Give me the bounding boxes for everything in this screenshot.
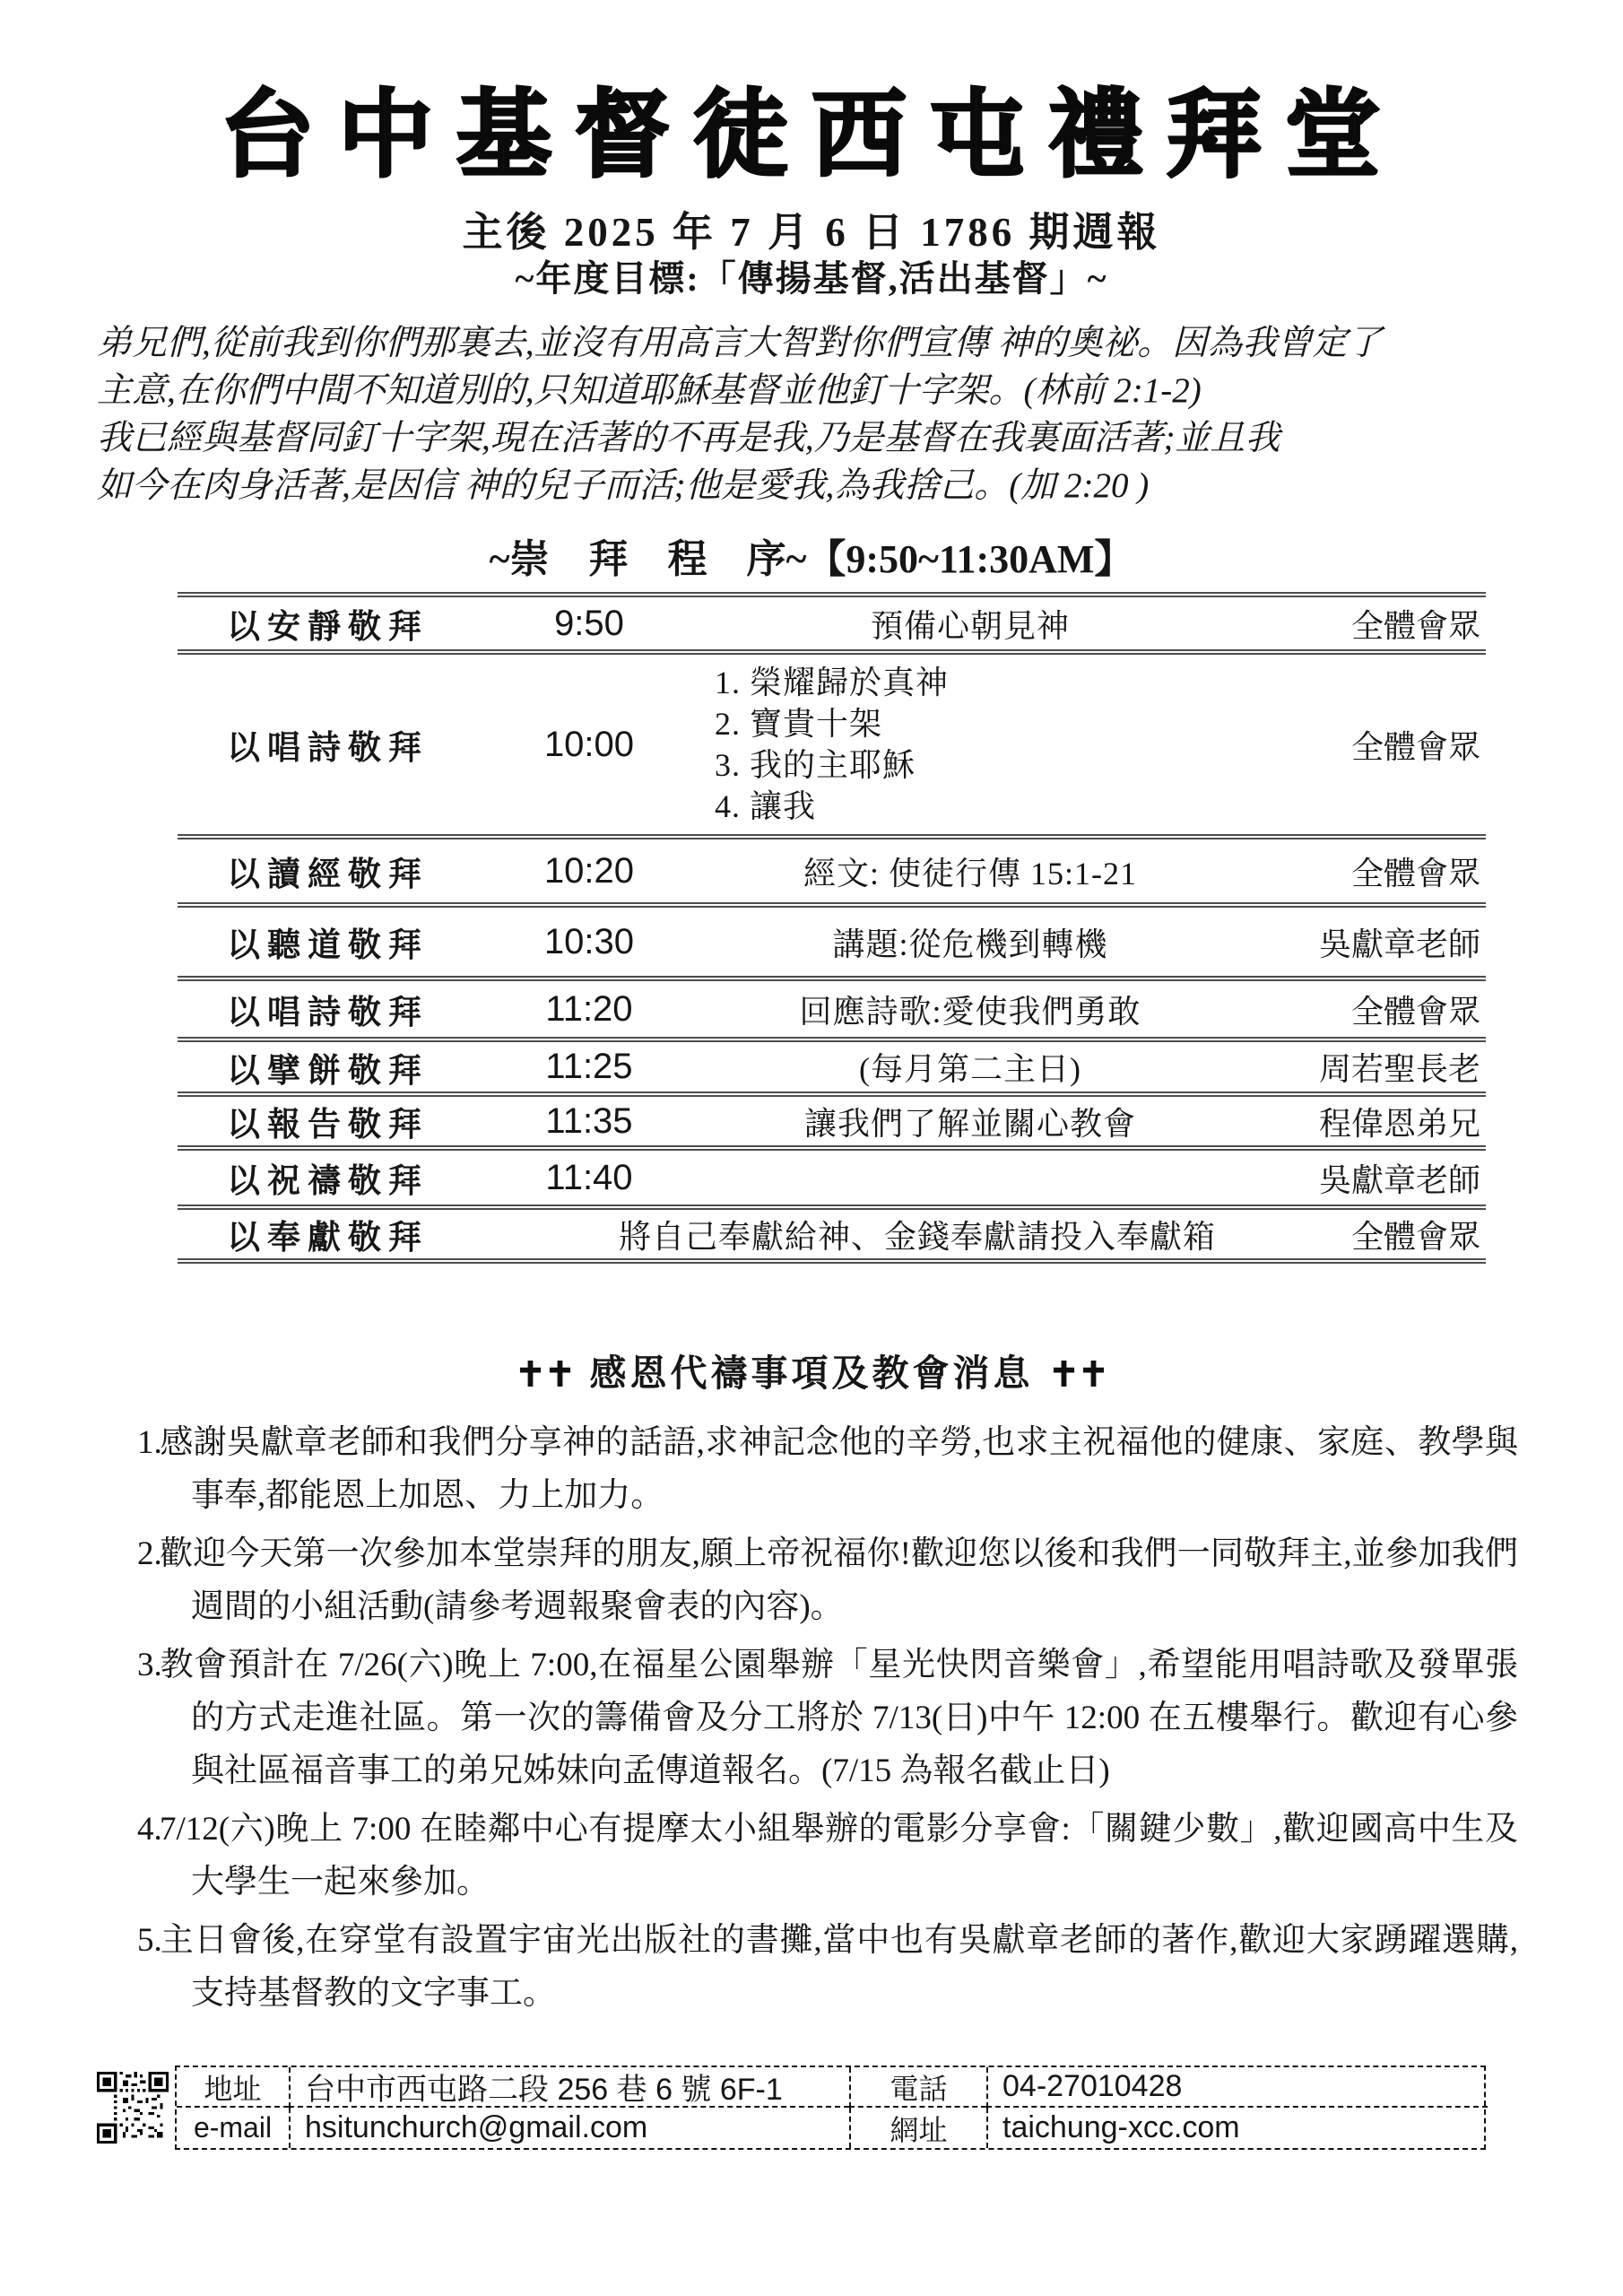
worship-item-name: 以擘餅敬拜 — [178, 1043, 536, 1091]
worship-item-time: 11:25 — [536, 1047, 642, 1087]
song-item: 2. 寶貴十架 — [715, 703, 1298, 744]
worship-item-name: 以安靜敬拜 — [178, 599, 536, 648]
table-row: 以讀經敬拜 10:20 經文: 使徒行傳 15:1-21 全體會眾 — [178, 839, 1486, 908]
cross-icon — [548, 1357, 572, 1390]
worship-item-content: 讓我們了解並關心教會 — [642, 1099, 1298, 1144]
worship-item-person: 吳獻章老師 — [1298, 919, 1486, 965]
worship-item-person: 周若聖長老 — [1298, 1044, 1486, 1090]
worship-item-name: 以唱詩敬拜 — [178, 985, 536, 1033]
worship-item-name: 以祝禱敬拜 — [178, 1153, 536, 1202]
song-item: 4. 讓我 — [715, 786, 1298, 827]
worship-item-time: 11:35 — [536, 1101, 642, 1142]
table-row: 以唱詩敬拜 11:20 回應詩歌:愛使我們勇敢 全體會眾 — [178, 981, 1486, 1042]
table-row: 以奉獻敬拜 將自己奉獻給神、金錢奉獻請投入奉獻箱 全體會眾 — [178, 1210, 1486, 1264]
phone-label: 電話 — [849, 2067, 986, 2108]
email-label: e-mail — [177, 2108, 289, 2148]
page-title: 台中基督徒西屯禮拜堂 — [0, 77, 1623, 196]
email-value: hsitunchurch@gmail.com — [289, 2108, 849, 2148]
cross-icon — [1052, 1357, 1076, 1390]
scripture-line: 弟兄們,從前我到你們那裏去,並沒有用高言大智對你們宣傳 神的奧祕。因為我曾定了 — [97, 319, 1542, 367]
scripture-line: 主意,在你們中間不知道別的,只知道耶穌基督並他釘十字架。(林前 2:1-2) — [97, 367, 1542, 414]
announcements-title: 感恩代禱事項及教會消息 — [590, 1350, 1034, 1396]
item-number: 1. — [137, 1416, 160, 1469]
worship-item-person: 吳獻章老師 — [1298, 1155, 1486, 1201]
announcements-list: 1.感謝吳獻章老師和我們分享神的話語,求神記念他的辛勞,也求主祝福他的健康、家庭… — [137, 1416, 1518, 2020]
table-row: 以祝禱敬拜 11:40 吳獻章老師 — [178, 1151, 1486, 1210]
worship-item-person: 全體會眾 — [1298, 987, 1486, 1032]
qr-code — [97, 2068, 169, 2147]
table-row: 以安靜敬拜 9:50 預備心朝見神 全體會眾 — [178, 597, 1486, 655]
list-item: 1.感謝吳獻章老師和我們分享神的話語,求神記念他的辛勞,也求主祝福他的健康、家庭… — [137, 1416, 1518, 1522]
worship-item-name: 以讀經敬拜 — [178, 847, 536, 895]
item-text: 感謝吳獻章老師和我們分享神的話語,求神記念他的辛勞,也求主祝福他的健康、家庭、教… — [160, 1424, 1518, 1514]
song-item: 3. 我的主耶穌 — [715, 744, 1298, 786]
worship-item-time: 10:00 — [536, 725, 642, 765]
song-list: 1. 榮耀歸於真神 2. 寶貴十架 3. 我的主耶穌 4. 讓我 — [715, 662, 1298, 827]
item-number: 3. — [137, 1639, 160, 1692]
worship-item-name: 以聽道敬拜 — [178, 918, 536, 966]
worship-item-time: 9:50 — [536, 604, 642, 644]
worship-item-person: 全體會眾 — [1298, 1212, 1486, 1257]
table-row: 以唱詩敬拜 10:00 1. 榮耀歸於真神 2. 寶貴十架 3. 我的主耶穌 4… — [178, 655, 1486, 839]
worship-item-content: 講題:從危機到轉機 — [642, 919, 1298, 965]
worship-item-time: 11:40 — [536, 1158, 642, 1198]
table-row: 以報告敬拜 11:35 讓我們了解並關心教會 程偉恩弟兄 — [178, 1097, 1486, 1151]
website-label: 網址 — [849, 2108, 986, 2148]
item-number: 5. — [137, 1914, 160, 1967]
table-row: 以擘餅敬拜 11:25 (每月第二主日) 周若聖長老 — [178, 1042, 1486, 1097]
table-row: 以聽道敬拜 10:30 講題:從危機到轉機 吳獻章老師 — [178, 908, 1486, 981]
item-number: 2. — [137, 1527, 160, 1580]
worship-schedule-table: 以安靜敬拜 9:50 預備心朝見神 全體會眾 以唱詩敬拜 10:00 1. 榮耀… — [178, 592, 1486, 1264]
worship-item-content: 經文: 使徒行傳 15:1-21 — [642, 848, 1298, 894]
worship-item-content: 預備心朝見神 — [642, 601, 1298, 647]
item-number: 4. — [137, 1803, 160, 1856]
website-value: taichung-xcc.com — [986, 2108, 1488, 2148]
cross-icon — [518, 1357, 542, 1390]
worship-item-time: 11:20 — [536, 989, 642, 1030]
footer-contact-section: 地址 台中市西屯路二段 256 巷 6 號 6F-1 電話 04-2701042… — [97, 2066, 1486, 2150]
worship-item-content: 將自己奉獻給神、金錢奉獻請投入奉獻箱 — [536, 1212, 1298, 1257]
list-item: 4.7/12(六)晚上 7:00 在睦鄰中心有提摩太小組舉辦的電影分享會:「關鍵… — [137, 1803, 1518, 1909]
song-item: 1. 榮耀歸於真神 — [715, 662, 1298, 703]
cross-icon — [1081, 1357, 1106, 1390]
annual-goal-line: ~年度目標:「傳揚基督,活出基督」~ — [0, 258, 1623, 300]
item-text: 7/12(六)晚上 7:00 在睦鄰中心有提摩太小組舉辦的電影分享會:「關鍵少數… — [160, 1811, 1518, 1900]
worship-item-name: 以報告敬拜 — [178, 1097, 536, 1145]
scripture-line: 如今在肉身活著,是因信 神的兒子而活;他是愛我,為我捨己。(加 2:20 ) — [97, 462, 1542, 509]
church-bulletin-page: 台中基督徒西屯禮拜堂 主後 2025 年 7 月 6 日 1786 期週報 ~年… — [0, 0, 1623, 2296]
worship-item-person: 全體會眾 — [1298, 848, 1486, 894]
scripture-line: 我已經與基督同釘十字架,現在活著的不再是我,乃是基督在我裏面活著;並且我 — [97, 414, 1542, 462]
phone-value: 04-27010428 — [986, 2067, 1488, 2108]
worship-item-content: (每月第二主日) — [642, 1044, 1298, 1090]
worship-order-header: ~崇 拜 程 序~【9:50~11:30AM】 — [0, 536, 1623, 583]
announcements-header: 感恩代禱事項及教會消息 — [0, 1350, 1623, 1396]
worship-item-content: 回應詩歌:愛使我們勇敢 — [642, 987, 1298, 1032]
worship-item-time: 10:20 — [536, 851, 642, 891]
issue-date-line: 主後 2025 年 7 月 6 日 1786 期週報 — [0, 210, 1623, 255]
address-value: 台中市西屯路二段 256 巷 6 號 6F-1 — [289, 2067, 849, 2108]
list-item: 3.教會預計在 7/26(六)晚上 7:00,在福星公園舉辦「星光快閃音樂會」,… — [137, 1639, 1518, 1797]
worship-item-person: 程偉恩弟兄 — [1298, 1099, 1486, 1144]
item-text: 教會預計在 7/26(六)晚上 7:00,在福星公園舉辦「星光快閃音樂會」,希望… — [160, 1647, 1518, 1789]
scripture-passage: 弟兄們,從前我到你們那裏去,並沒有用高言大智對你們宣傳 神的奧祕。因為我曾定了 … — [97, 319, 1542, 509]
worship-item-person: 全體會眾 — [1298, 722, 1486, 768]
list-item: 2.歡迎今天第一次參加本堂崇拜的朋友,願上帝祝福你!歡迎您以後和我們一同敬拜主,… — [137, 1527, 1518, 1633]
worship-item-content: 1. 榮耀歸於真神 2. 寶貴十架 3. 我的主耶穌 4. 讓我 — [642, 662, 1298, 827]
worship-item-time: 10:30 — [536, 922, 642, 962]
address-label: 地址 — [177, 2067, 289, 2108]
item-text: 歡迎今天第一次參加本堂崇拜的朋友,願上帝祝福你!歡迎您以後和我們一同敬拜主,並參… — [160, 1535, 1518, 1625]
list-item: 5.主日會後,在穿堂有設置宇宙光出版社的書攤,當中也有吳獻章老師的著作,歡迎大家… — [137, 1914, 1518, 2020]
worship-item-name: 以唱詩敬拜 — [178, 720, 536, 769]
item-text: 主日會後,在穿堂有設置宇宙光出版社的書攤,當中也有吳獻章老師的著作,歡迎大家踴躍… — [160, 1922, 1518, 2012]
worship-item-name: 以奉獻敬拜 — [178, 1210, 536, 1258]
contact-table: 地址 台中市西屯路二段 256 巷 6 號 6F-1 電話 04-2701042… — [175, 2066, 1486, 2150]
worship-item-person: 全體會眾 — [1298, 601, 1486, 647]
